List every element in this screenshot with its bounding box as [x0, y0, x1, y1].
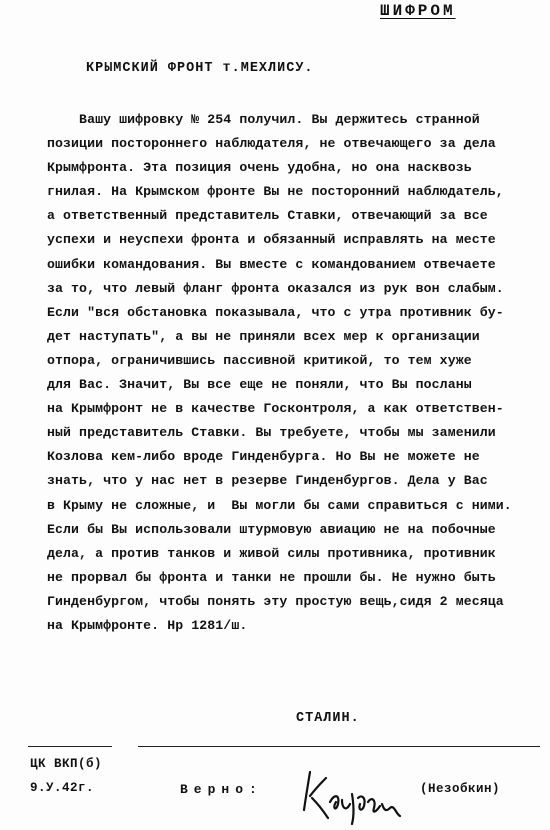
body-line: Крымфронта. Эта позиция очень удобна, но… [47, 156, 547, 180]
body-line: гнилая. На Крымском фронте Вы не посторо… [47, 180, 547, 204]
document-page: ШИФРОМ КРЫМСКИЙ ФРОНТ т.МЕХЛИСУ. Вашу ши… [0, 0, 550, 830]
body-line: дела, а против танков и живой силы проти… [47, 542, 547, 566]
cipher-stamp: ШИФРОМ [380, 2, 456, 20]
body-line: за то, что левый фланг фронта оказался и… [47, 277, 547, 301]
body-line: Если "вся обстановка показывала, что с у… [47, 301, 547, 325]
addressee-line: КРЫМСКИЙ ФРОНТ т.МЕХЛИСУ. [86, 61, 314, 76]
document-date: 9.У.42г. [30, 781, 94, 795]
body-line: ошибки командования. Вы вместе с командо… [47, 253, 547, 277]
body-line: ный представитель Ставки. Вы требуете, ч… [47, 421, 547, 445]
body-line: а ответственный представитель Ставки, от… [47, 204, 547, 228]
body-line: Вашу шифровку № 254 получил. Вы держитес… [47, 108, 547, 132]
body-line: Гинденбургом, чтобы понять эту простую в… [47, 590, 547, 614]
verified-label: Верно: [180, 782, 263, 797]
body-line: успехи и неуспехи фронта и обязанный исп… [47, 228, 547, 252]
body-line: знать, что у нас нет в резерве Гинденбур… [47, 469, 547, 493]
certifier-name: (Незобкин) [420, 782, 500, 796]
body-line: в Крыму не сложные, и Вы могли бы сами с… [47, 494, 547, 518]
body-line: отпора, ограничившись пассивной критикой… [47, 349, 547, 373]
signature-name: СТАЛИН. [296, 711, 360, 726]
body-line: для Вас. Значит, Вы все еще не поняли, ч… [47, 373, 547, 397]
organization-label: ЦК ВКП(б) [30, 757, 102, 771]
letter-body: Вашу шифровку № 254 получил. Вы держитес… [47, 108, 547, 638]
body-line: Козлова кем-либо вроде Гинденбурга. Но В… [47, 445, 547, 469]
body-line: дет наступать", а вы не приняли всех мер… [47, 325, 547, 349]
body-line: не прорвал бы фронта и танки не прошли б… [47, 566, 547, 590]
handwritten-signature-icon [296, 758, 406, 828]
body-line: Если бы Вы использовали штурмовую авиаци… [47, 518, 547, 542]
footer-divider-right [138, 746, 540, 747]
footer-divider-left [28, 746, 112, 747]
body-line: позиции постороннего наблюдателя, не отв… [47, 132, 547, 156]
body-line: на Крымфронт не в качестве Госконтроля, … [47, 397, 547, 421]
body-line: на Крымфронте. Нр 1281/ш. [47, 614, 547, 638]
